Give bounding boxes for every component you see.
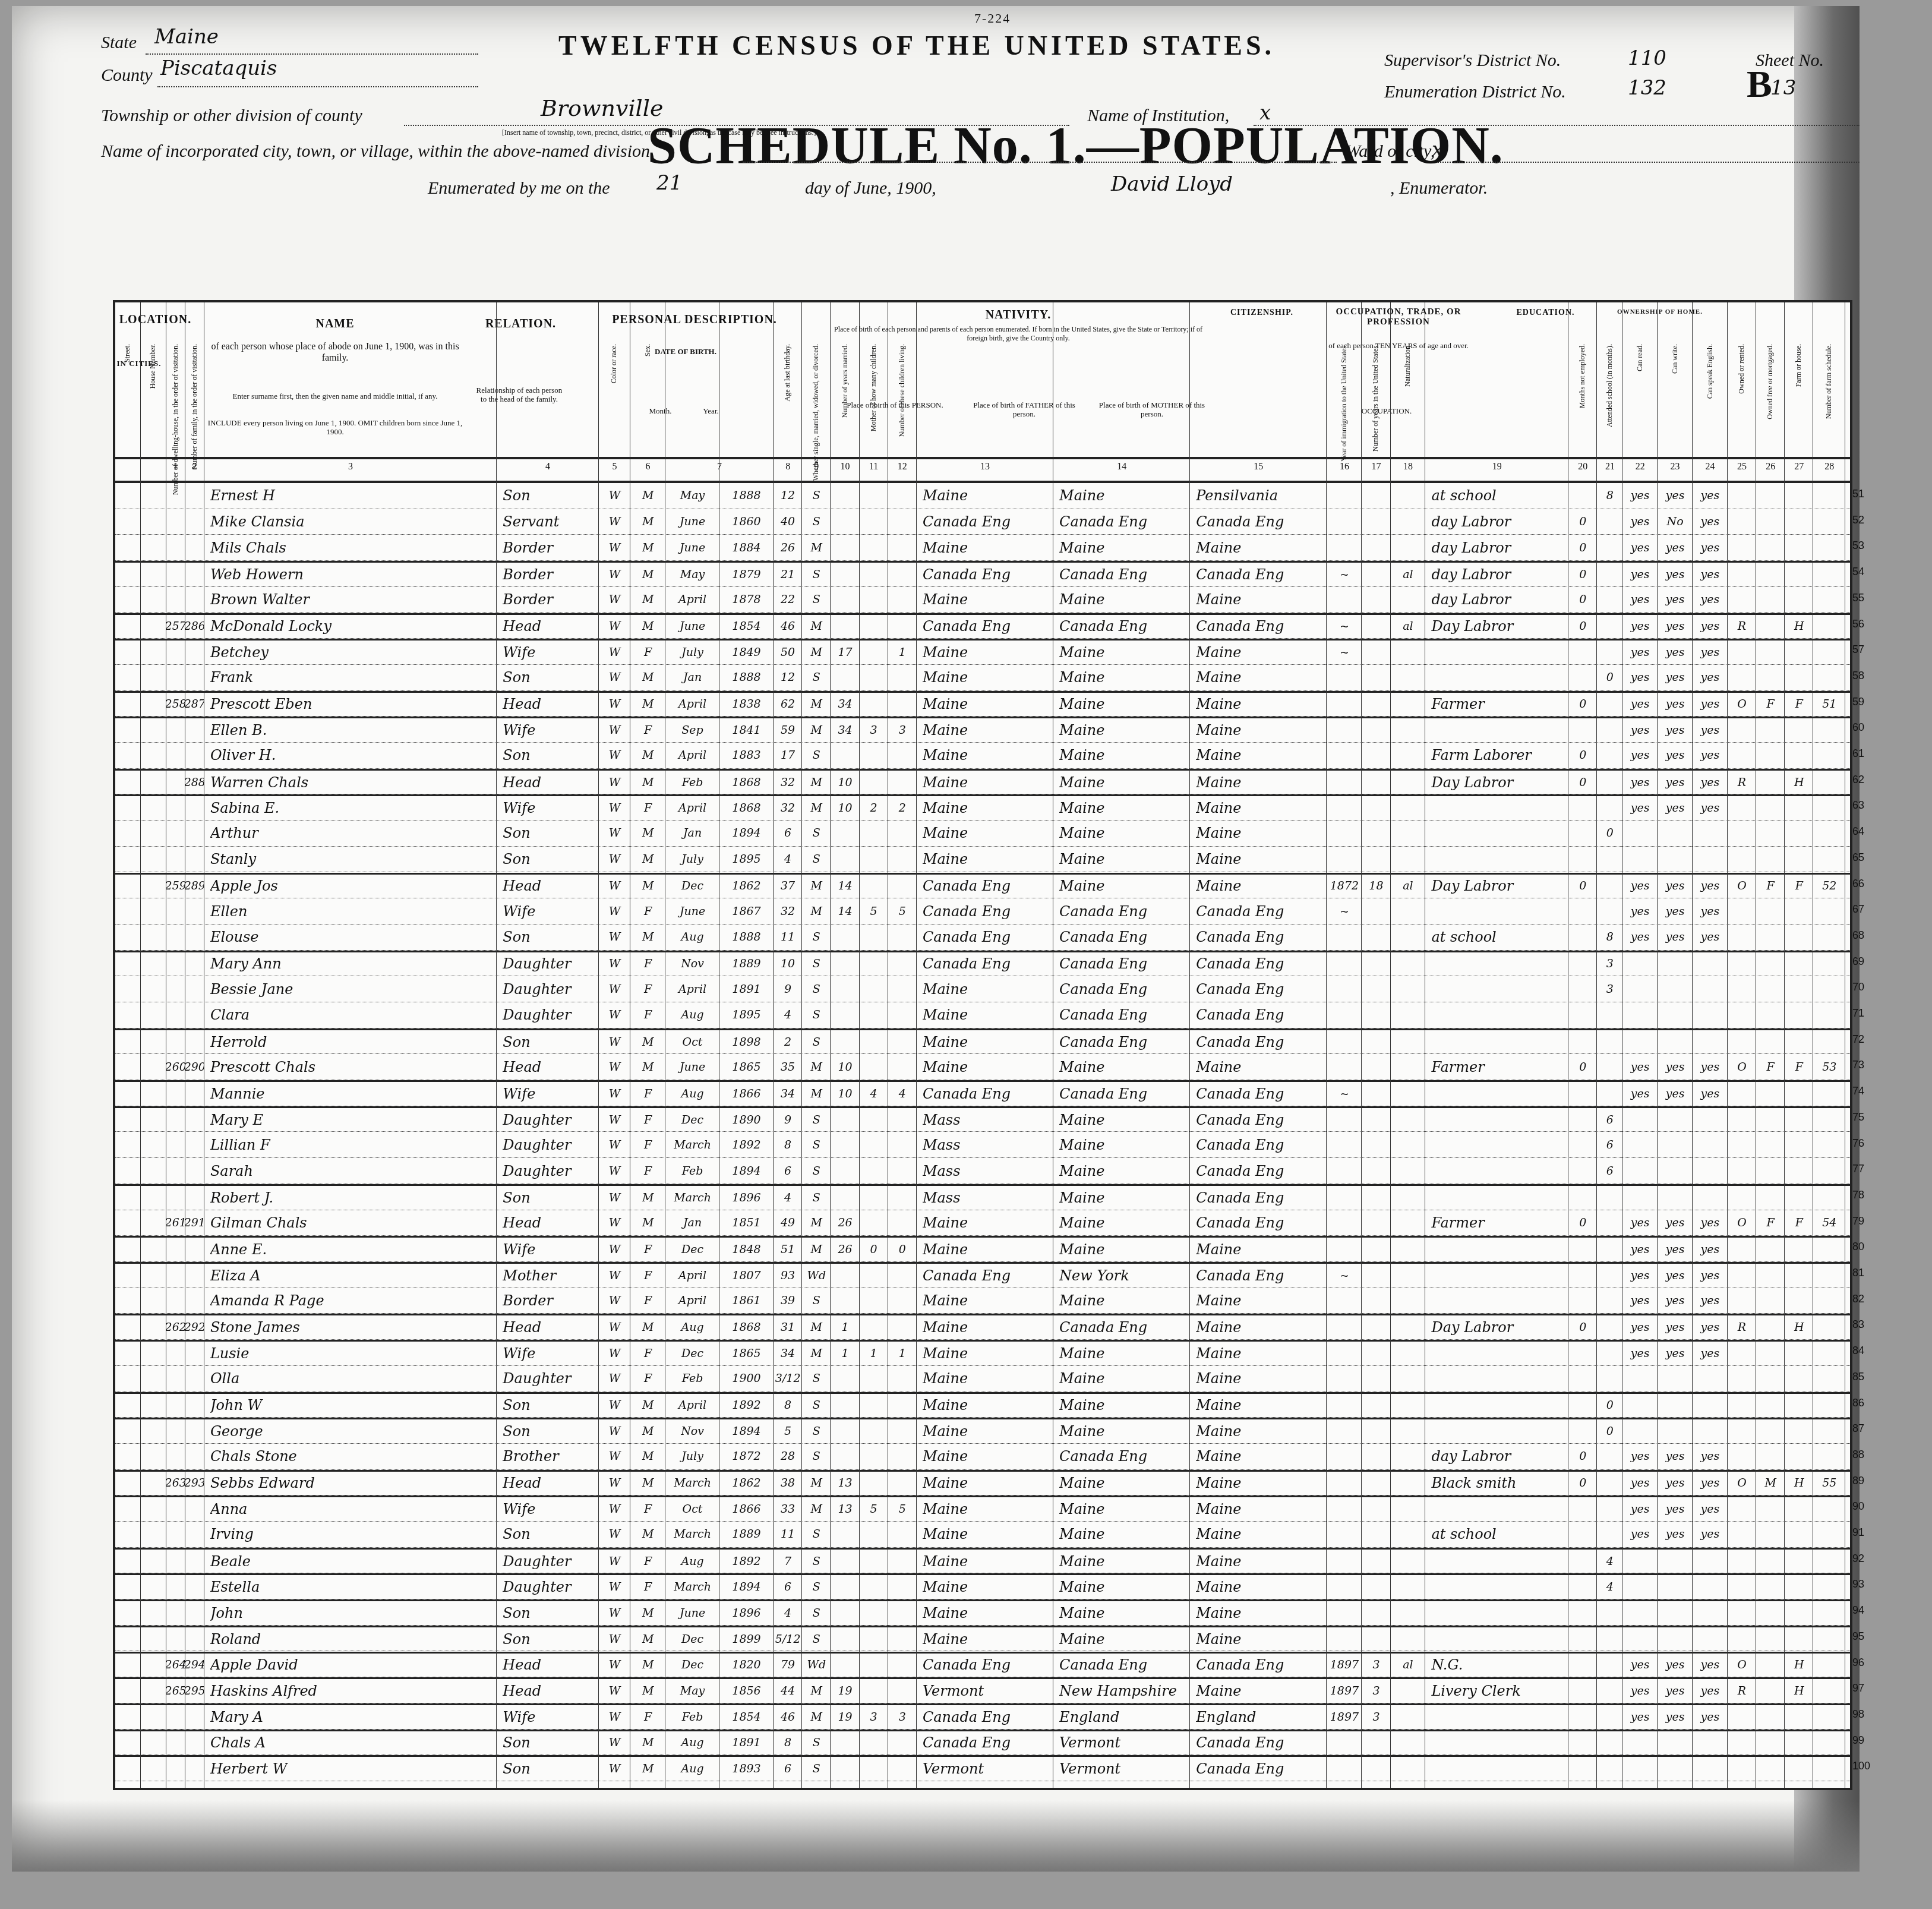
column-number: 24 (1693, 462, 1728, 472)
line-number: 68 (1852, 929, 1864, 942)
column-divider (1425, 302, 1568, 1788)
population-table: LOCATION. IN CITIES. NAME of each person… (113, 300, 1852, 1790)
ward-label: Ward of city, (1346, 141, 1435, 162)
column-divider (497, 302, 598, 1788)
column-number: 2 (185, 462, 204, 472)
line-number: 69 (1852, 955, 1864, 968)
column-number: 16 (1327, 462, 1362, 472)
column-divider (630, 302, 665, 1788)
enumerated-day: 21 (656, 171, 682, 195)
column-number: 6 (630, 462, 665, 472)
column-divider (665, 302, 719, 1788)
vertical-header-write: Can write. (1671, 344, 1680, 374)
column-divider (1568, 302, 1597, 1788)
column-divider (831, 302, 859, 1788)
column-divider (1785, 302, 1813, 1788)
column-number: 17 (1362, 462, 1390, 472)
sheet-label: Sheet No. (1756, 51, 1824, 71)
vertical-header-years-us: Number of years in the United States. (1371, 344, 1380, 452)
vertical-header-living: Number of these children living. (898, 344, 907, 437)
line-number: 53 (1852, 539, 1864, 552)
vertical-header-house: House Number. (149, 344, 157, 389)
enumeration-label: Enumeration District No. (1384, 82, 1566, 102)
column-divider (1756, 302, 1785, 1788)
line-number: 64 (1852, 825, 1864, 838)
vertical-header-owned: Owned or rented. (1737, 344, 1746, 394)
vertical-header-years-married: Number of years married. (841, 344, 850, 418)
line-number: 65 (1852, 851, 1864, 864)
column-number: 5 (599, 462, 631, 472)
line-number: 51 (1852, 488, 1864, 500)
column-divider (1327, 302, 1362, 1788)
vertical-header-family: Number of family, in the order of visita… (190, 344, 199, 469)
column-divider (1391, 302, 1426, 1788)
column-number: 26 (1756, 462, 1785, 472)
census-title: TWELFTH CENSUS OF THE UNITED STATES. (558, 30, 1275, 61)
vertical-header-english: Can speak English. (1706, 344, 1715, 399)
column-number: 7 (665, 462, 774, 472)
line-number: 97 (1852, 1682, 1864, 1695)
county-label: County (101, 65, 153, 86)
column-divider (599, 302, 631, 1788)
line-number: 93 (1852, 1578, 1864, 1591)
vertical-header-farm: Farm or house. (1794, 344, 1803, 387)
column-number: 13 (917, 462, 1053, 472)
vertical-header-attended: Attended school (in months). (1605, 344, 1614, 427)
column-divider (719, 302, 774, 1788)
line-number: 62 (1852, 774, 1864, 786)
line-number: 67 (1852, 903, 1864, 916)
column-divider (774, 302, 802, 1788)
vertical-header-street: Street. (123, 344, 132, 362)
vertical-header-immig: Year of immigration to the United States… (1340, 344, 1349, 462)
enumerated-month-year: day of June, 1900, (805, 178, 936, 198)
line-number: 75 (1852, 1111, 1864, 1124)
county-value: Piscataquis (160, 56, 277, 80)
supervisor-district: 110 (1628, 46, 1666, 70)
vertical-header-dwelling: Number of dwelling-house, in the order o… (171, 344, 180, 495)
line-number: 56 (1852, 618, 1864, 630)
column-number: 23 (1658, 462, 1693, 472)
enumerator-name: David Lloyd (1111, 172, 1233, 196)
institution-label: Name of Institution, (1087, 106, 1229, 126)
column-number: 3 (204, 462, 497, 472)
column-number: 27 (1785, 462, 1813, 472)
column-divider (166, 302, 185, 1788)
city-label: Name of incorporated city, town, or vill… (101, 141, 655, 162)
column-divider (204, 302, 497, 1788)
column-divider (1813, 302, 1845, 1788)
line-number: 79 (1852, 1215, 1864, 1228)
column-divider (1658, 302, 1693, 1788)
line-number: 99 (1852, 1734, 1864, 1747)
line-number: 95 (1852, 1630, 1864, 1643)
column-divider (888, 302, 917, 1788)
column-divider (1622, 302, 1658, 1788)
line-number: 92 (1852, 1553, 1864, 1565)
enumeration-district: 132 (1628, 76, 1666, 100)
line-number: 58 (1852, 670, 1864, 682)
line-number: 81 (1852, 1267, 1864, 1279)
vertical-header-naturalization: Naturalization. (1403, 344, 1412, 387)
line-number: 52 (1852, 514, 1864, 526)
line-number: 91 (1852, 1526, 1864, 1539)
enumerator-label: , Enumerator. (1390, 178, 1488, 198)
column-number: 21 (1597, 462, 1622, 472)
line-number: 89 (1852, 1475, 1864, 1487)
column-divider (1190, 302, 1327, 1788)
line-number: 98 (1852, 1708, 1864, 1721)
township-value: Brownville (541, 95, 663, 121)
line-number: 74 (1852, 1085, 1864, 1097)
column-number: 22 (1622, 462, 1658, 472)
scan-bottom-shadow (12, 1800, 1860, 1872)
line-number: 83 (1852, 1318, 1864, 1331)
line-number: 84 (1852, 1345, 1864, 1357)
vertical-header-read: Can read. (1636, 344, 1644, 371)
form-number: 7-224 (974, 11, 1011, 26)
line-number: 87 (1852, 1422, 1864, 1435)
column-number: 9 (802, 462, 831, 472)
institution-value: x (1259, 101, 1271, 125)
column-number: 10 (831, 462, 859, 472)
line-number: 77 (1852, 1163, 1864, 1175)
column-divider (141, 302, 166, 1788)
line-number: 72 (1852, 1033, 1864, 1046)
line-number: 60 (1852, 721, 1864, 734)
column-number: 1 (166, 462, 185, 472)
supervisor-label: Supervisor's District No. (1384, 51, 1561, 71)
column-number: 18 (1391, 462, 1426, 472)
vertical-header-months-unemp: Months not employed. (1578, 344, 1587, 408)
column-divider (1597, 302, 1622, 1788)
line-number: 85 (1852, 1371, 1864, 1383)
column-number: 28 (1813, 462, 1845, 472)
vertical-header-schedule: Number of farm schedule. (1824, 344, 1833, 419)
line-number: 90 (1852, 1500, 1864, 1513)
column-divider (1728, 302, 1756, 1788)
state-value: Maine (154, 25, 219, 49)
line-number: 61 (1852, 747, 1864, 760)
enumerated-label: Enumerated by me on the (428, 178, 610, 198)
line-number: 57 (1852, 643, 1864, 656)
line-number: 96 (1852, 1656, 1864, 1669)
line-number: 86 (1852, 1397, 1864, 1409)
vertical-header-mortgaged: Owned free or mortgaged. (1766, 344, 1775, 419)
line-number: 88 (1852, 1449, 1864, 1461)
line-number: 59 (1852, 696, 1864, 708)
vertical-header-sex: Sex. (643, 344, 652, 356)
column-divider (1053, 302, 1190, 1788)
column-number: 12 (888, 462, 917, 472)
line-number: 70 (1852, 981, 1864, 993)
line-number: 73 (1852, 1059, 1864, 1071)
line-number: 63 (1852, 799, 1864, 812)
line-number: 80 (1852, 1241, 1864, 1253)
state-label: State (101, 33, 137, 53)
vertical-header-mother-of: Mother of how many children. (869, 344, 878, 431)
column-number: 4 (497, 462, 598, 472)
vertical-header-age: Age at last birthday. (783, 344, 792, 402)
line-number: 71 (1852, 1007, 1864, 1020)
line-number: 55 (1852, 592, 1864, 604)
line-number: 100 (1852, 1760, 1870, 1772)
census-sheet: 7-224 TWELFTH CENSUS OF THE UNITED STATE… (12, 6, 1860, 1872)
township-note: [Insert name of township, town, precinct… (502, 128, 816, 137)
column-number: 11 (860, 462, 888, 472)
sheet-number: 13 (1770, 76, 1796, 100)
column-number: 15 (1190, 462, 1327, 472)
column-divider (802, 302, 831, 1788)
ward-value: x (1432, 138, 1443, 162)
column-number: 19 (1425, 462, 1568, 472)
line-number: 76 (1852, 1137, 1864, 1150)
vertical-header-marital: Whether single, married, widowed, or div… (812, 344, 820, 481)
line-number: 78 (1852, 1189, 1864, 1201)
line-number: 94 (1852, 1604, 1864, 1617)
column-number: 25 (1728, 462, 1756, 472)
column-divider (1362, 302, 1390, 1788)
line-number: 82 (1852, 1293, 1864, 1305)
line-number: 66 (1852, 878, 1864, 890)
column-number: 8 (774, 462, 802, 472)
column-divider (185, 302, 204, 1788)
column-divider (115, 302, 141, 1788)
column-number: 14 (1053, 462, 1190, 472)
township-label: Township or other division of county (101, 106, 362, 126)
column-divider (1693, 302, 1728, 1788)
column-number: 20 (1568, 462, 1597, 472)
column-divider (860, 302, 888, 1788)
vertical-header-color: Color or race. (610, 344, 618, 383)
line-number: 54 (1852, 566, 1864, 578)
column-divider (917, 302, 1053, 1788)
